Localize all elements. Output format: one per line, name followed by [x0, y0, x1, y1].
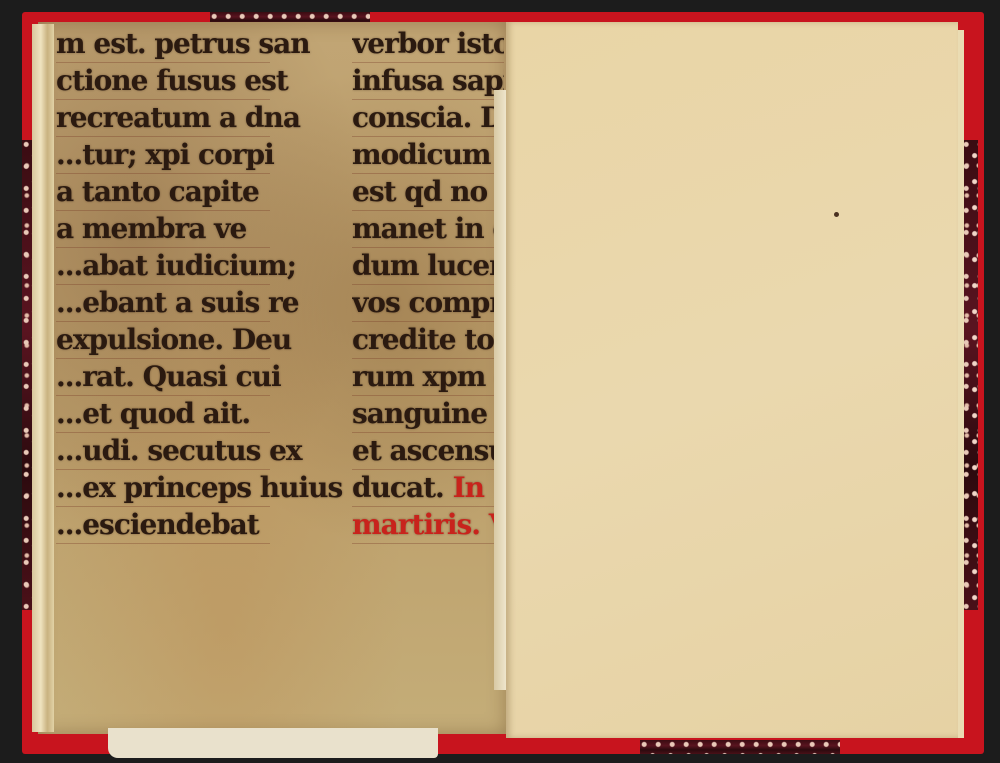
text-line: ...ex princeps huius	[56, 470, 270, 507]
text-line: ctione fusus est	[56, 63, 270, 100]
text-line: rum xpm et i	[352, 359, 504, 396]
leaf-folded-edge	[32, 24, 54, 732]
text-line: ...ebant a suis re	[56, 285, 270, 322]
marbled-board-right	[962, 140, 978, 610]
text-line: ...et quod ait.	[56, 396, 270, 433]
rubric-line: martiris. V	[352, 507, 504, 544]
text-line: dum lucem h	[352, 248, 504, 285]
text-line: ...udi. secutus ex	[56, 433, 270, 470]
text-line: ...esciendebat	[56, 507, 270, 544]
text-line: ducat. In	[352, 470, 504, 507]
text-line: verbor istor	[352, 26, 504, 63]
text-line: ...tur; xpi corpi	[56, 137, 270, 174]
text-line: sanguine f	[352, 396, 504, 433]
text-line: credite totum	[352, 322, 504, 359]
text-line: et ascensuri	[352, 433, 504, 470]
text-line: a membra ve	[56, 211, 270, 248]
text-line: manet in e	[352, 211, 504, 248]
text-line: m est. petrus san	[56, 26, 270, 63]
text-line: est qd no in	[352, 174, 504, 211]
text-line: vos comprehe	[352, 285, 504, 322]
text-line: recreatum a dna	[56, 100, 270, 137]
text-line: a tanto capite	[56, 174, 270, 211]
text-column-a: m est. petrus san ctione fusus est recre…	[56, 26, 270, 544]
text-line: ...rat. Quasi cui	[56, 359, 270, 396]
text-line: modicum luc	[352, 137, 504, 174]
paper-blemish	[834, 212, 839, 217]
blank-flyleaf	[506, 22, 958, 738]
paper-tab	[108, 728, 438, 758]
rubric-text: In	[453, 471, 484, 504]
text-line: conscia. Di	[352, 100, 504, 137]
marbled-board-bottom	[640, 740, 840, 754]
text-line: ...abat iudicium;	[56, 248, 270, 285]
text-line: expulsione. Deu	[56, 322, 270, 359]
text-line: infusa sapi	[352, 63, 504, 100]
text-column-b: verbor istor infusa sapi conscia. Di mod…	[352, 26, 504, 544]
